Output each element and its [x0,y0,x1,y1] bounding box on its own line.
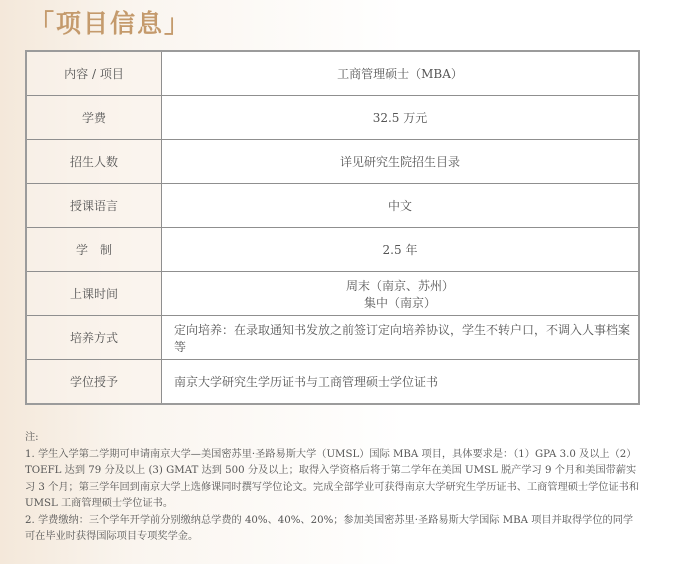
row-value: 工商管理硕士（MBA） [162,51,640,96]
row-label: 授课语言 [26,184,162,228]
row-label: 招生人数 [26,140,162,184]
table-row: 授课语言 中文 [26,184,639,228]
notes-heading: 注: [25,430,641,447]
row-label: 培养方式 [26,316,162,360]
note-item: 1. 学生入学第二学期可申请南京大学—美国密苏里·圣路易斯大学（UMSL）国际 … [25,447,641,513]
row-value: 周末（南京、苏州） 集中（南京） [162,272,640,316]
value-line: 集中（南京） [162,294,638,311]
table-row: 上课时间 周末（南京、苏州） 集中（南京） [26,272,639,316]
row-label: 内容 / 项目 [26,51,162,96]
table-row: 学位授予 南京大学研究生学历证书与工商管理硕士学位证书 [26,360,639,405]
program-info-table: 内容 / 项目 工商管理硕士（MBA） 学费 32.5 万元 招生人数 详见研究… [25,50,640,405]
row-value: 32.5 万元 [162,96,640,140]
row-label: 学 制 [26,228,162,272]
table-row: 学 制 2.5 年 [26,228,639,272]
row-value: 中文 [162,184,640,228]
table-row: 招生人数 详见研究生院招生目录 [26,140,639,184]
notes-section: 注: 1. 学生入学第二学期可申请南京大学—美国密苏里·圣路易斯大学（UMSL）… [25,430,641,546]
table-row: 培养方式 定向培养：在录取通知书发放之前签订定向培养协议，学生不转户口，不调入人… [26,316,639,360]
row-value: 2.5 年 [162,228,640,272]
row-value: 详见研究生院招生目录 [162,140,640,184]
value-line: 周末（南京、苏州） [162,277,638,294]
row-label: 上课时间 [26,272,162,316]
table-row: 内容 / 项目 工商管理硕士（MBA） [26,51,639,96]
note-item: 2. 学费缴纳：三个学年开学前分别缴纳总学费的 40%、40%、20%；参加美国… [25,513,641,546]
section-title: 「项目信息」 [29,4,191,40]
row-label: 学位授予 [26,360,162,405]
row-value: 定向培养：在录取通知书发放之前签订定向培养协议，学生不转户口，不调入人事档案等 [162,316,640,360]
table-row: 学费 32.5 万元 [26,96,639,140]
row-label: 学费 [26,96,162,140]
row-value: 南京大学研究生学历证书与工商管理硕士学位证书 [162,360,640,405]
